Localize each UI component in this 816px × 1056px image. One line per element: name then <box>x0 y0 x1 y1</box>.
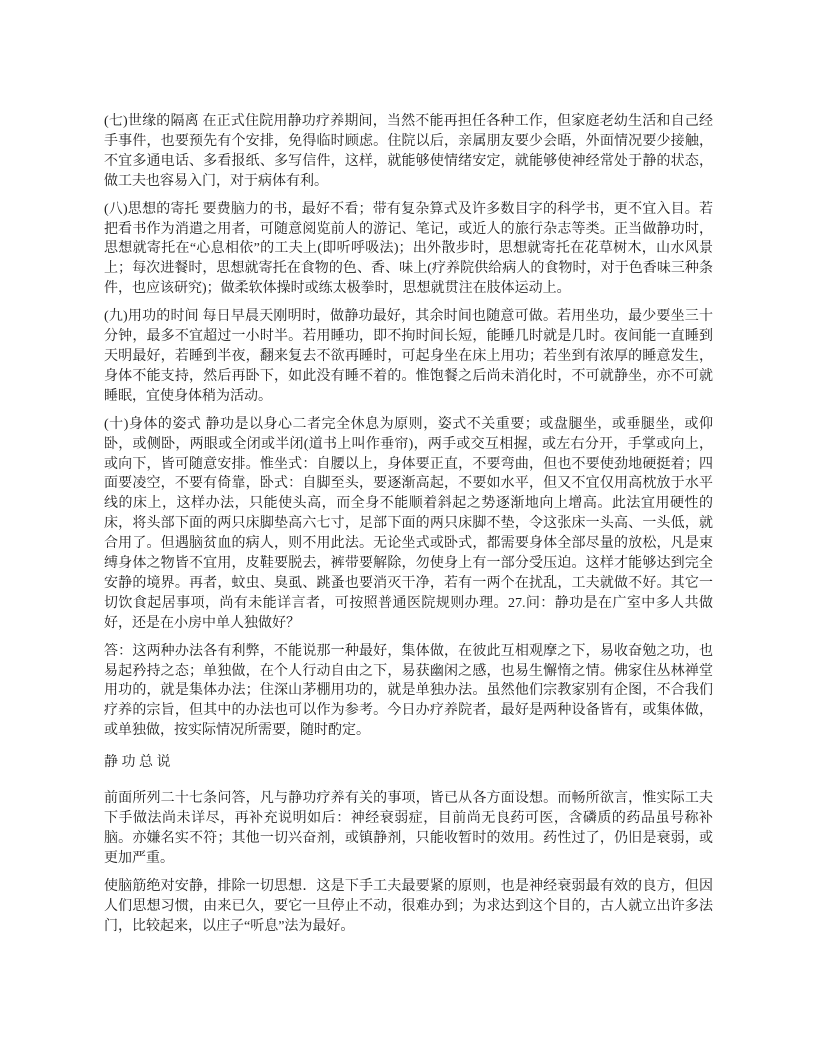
paragraph-9-practice-time: (九)用功的时间 每日早晨天刚明时，做静功最好，其余时间也随意可做。若用坐功，最… <box>104 307 713 407</box>
section-heading-jinggong-general: 静 功 总 说 <box>104 753 713 773</box>
paragraph-7-world-isolation: (七)世缘的隔离 在正式住院用静功疗养期间，当然不能再担任各种工作，但家庭老幼生… <box>104 112 713 192</box>
paragraph-8-thought-anchoring: (八)思想的寄托 要费脑力的书，最好不看；带有复杂算式及许多数目字的科学书，更不… <box>104 200 713 300</box>
paragraph-summary-intro: 前面所列二十七条问答，凡与静功疗养有关的事项，皆已从各方面设想。而畅所欲言，惟实… <box>104 789 713 869</box>
paragraph-answer-question-27: 答：这两种办法各有利弊，不能说那一种最好，集体做，在彼此互相观摩之下，易收奋勉之… <box>104 642 713 742</box>
document-page: (七)世缘的隔离 在正式住院用静功疗养期间，当然不能再担任各种工作，但家庭老幼生… <box>0 0 816 1056</box>
paragraph-10-body-posture: (十)身体的姿式 静功是以身心二者完全休息为原则，姿式不关重要；或盘腿坐，或垂腿… <box>104 415 713 634</box>
document-content: (七)世缘的隔离 在正式住院用静功疗养期间，当然不能再担任各种工作，但家庭老幼生… <box>104 112 713 944</box>
paragraph-quiet-mind-principle: 使脑筋绝对安静，排除一切思想．这是下手工夫最要紧的原则，也是神经衰弱最有效的良方… <box>104 877 713 937</box>
